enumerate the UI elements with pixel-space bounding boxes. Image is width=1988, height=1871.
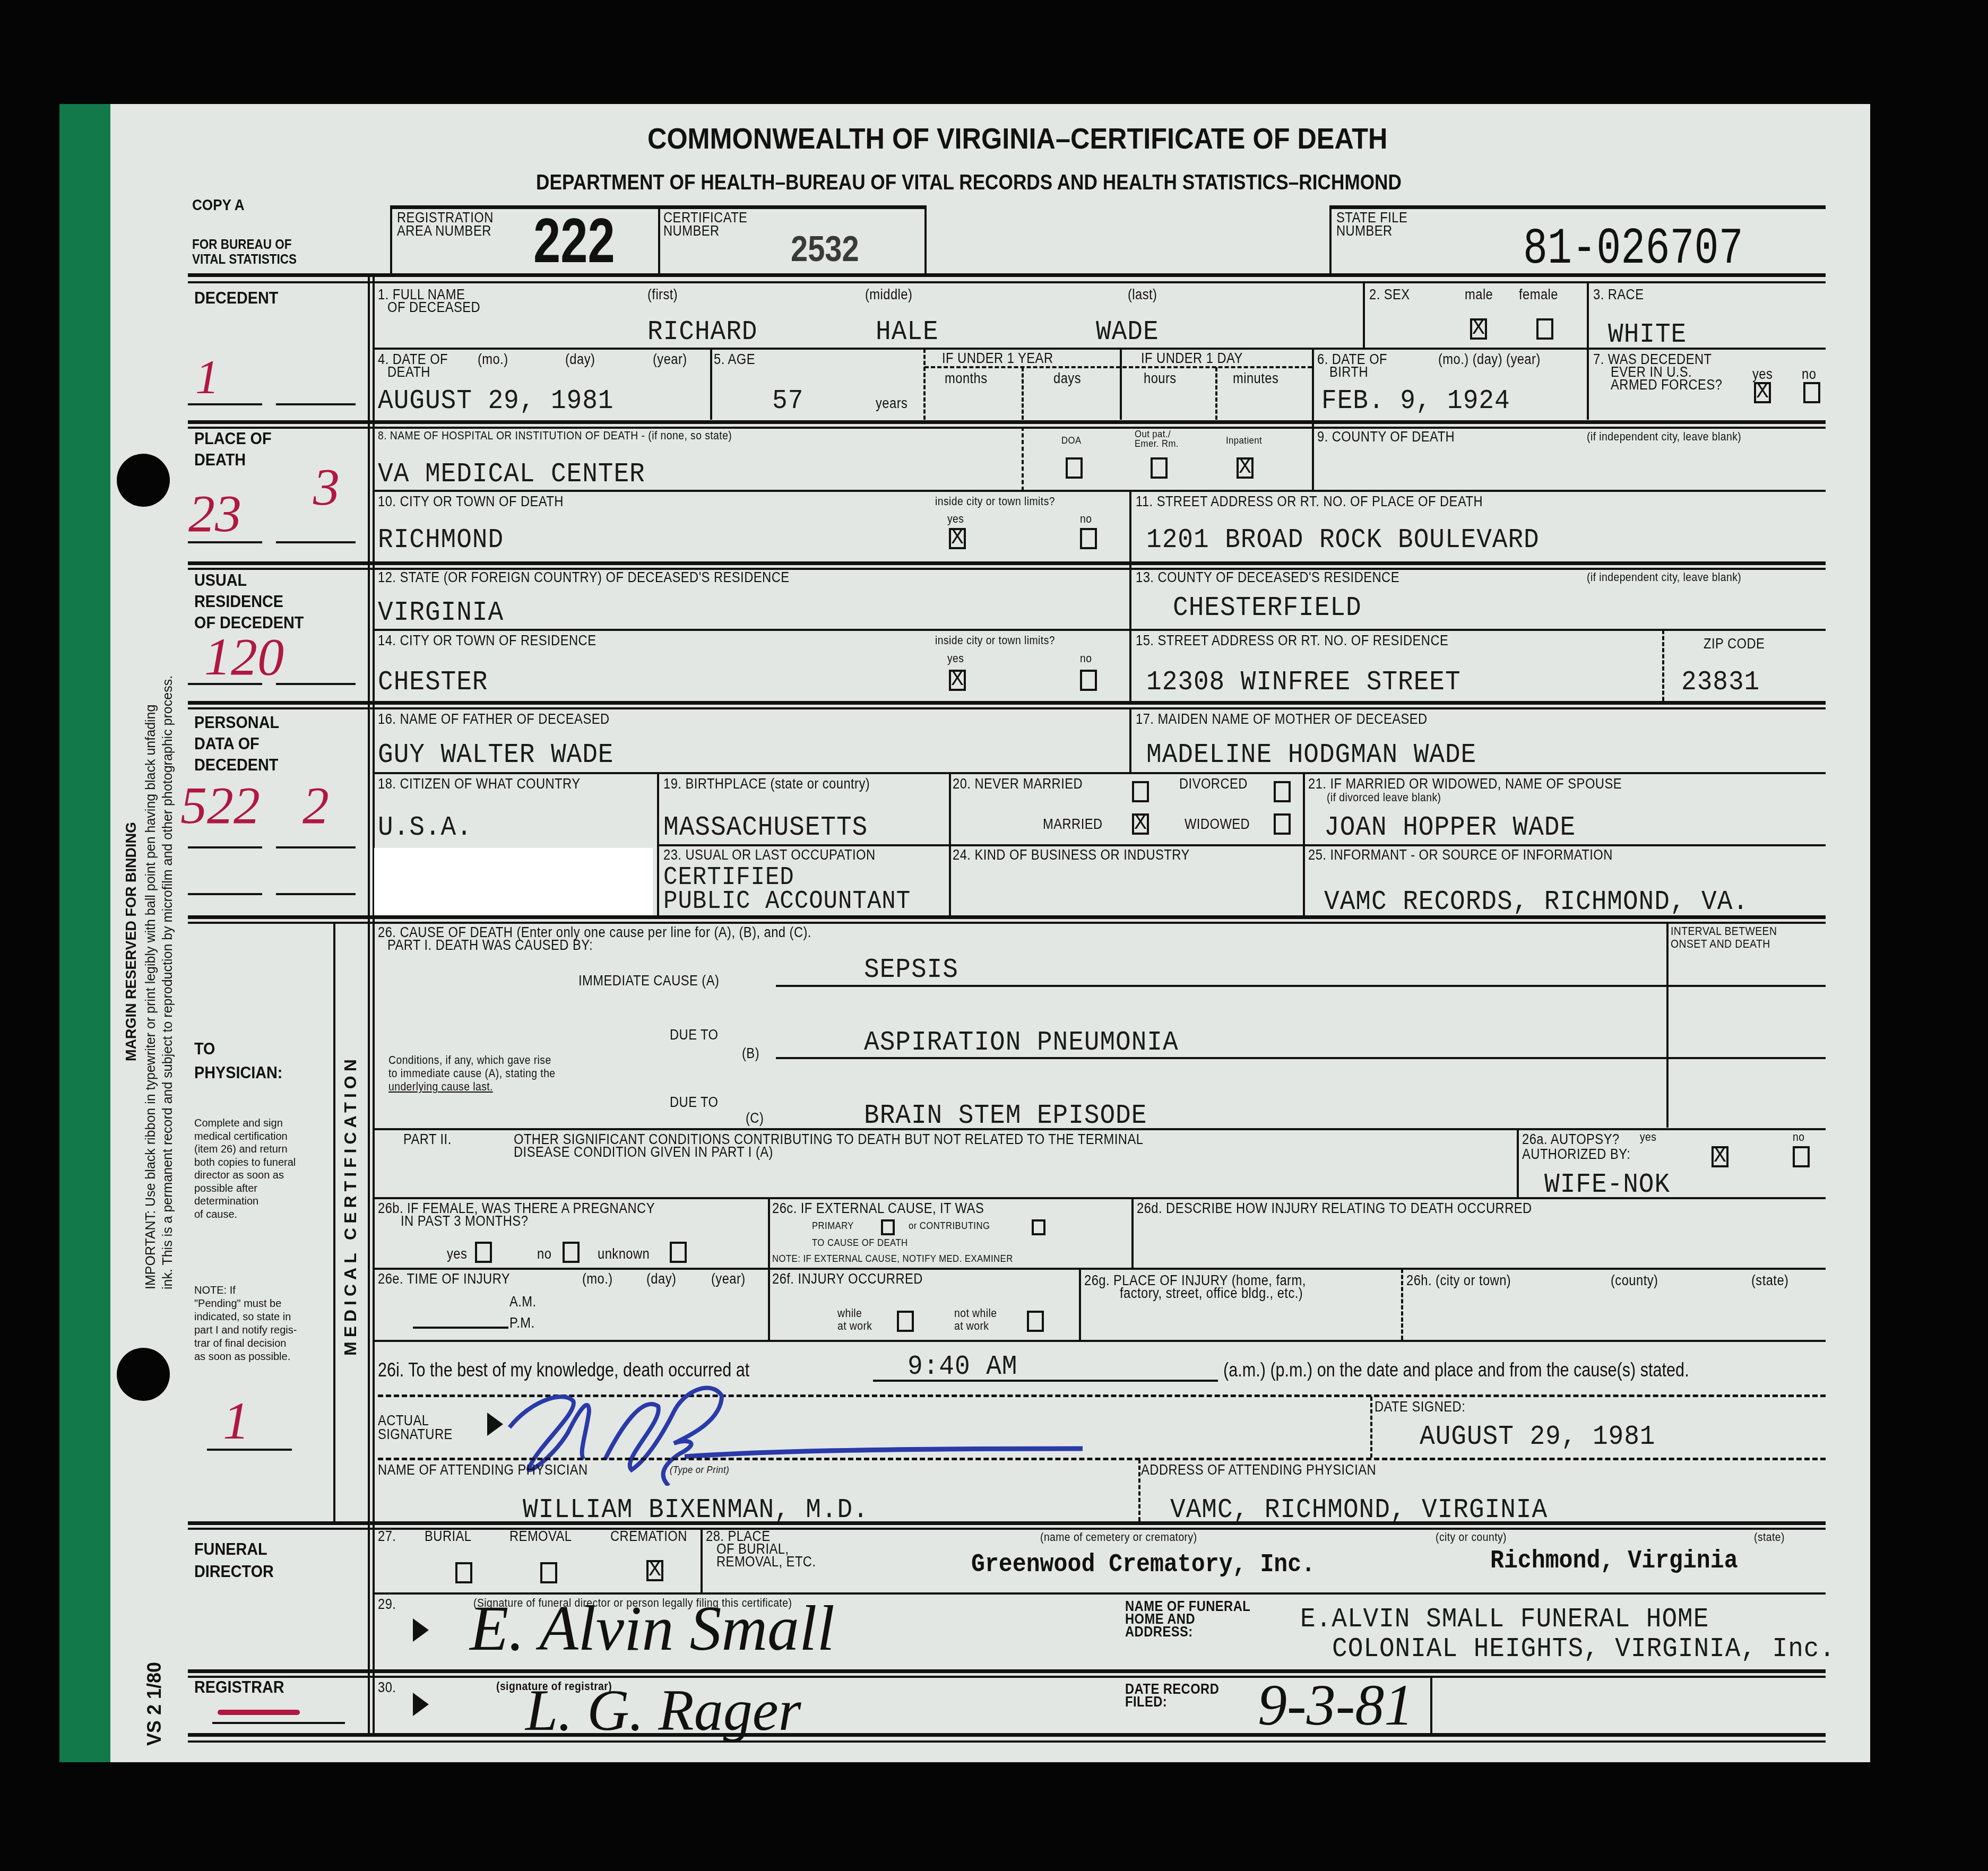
form-number: VS 2 1/80 — [143, 1662, 166, 1746]
first-name[interactable]: RICHARD — [647, 317, 757, 347]
pregnancy-yes-label: yes — [447, 1246, 467, 1262]
section-to-physician-1: TO — [194, 1037, 215, 1060]
f27-label: 27. — [378, 1528, 396, 1544]
coding-physician: 1 — [223, 1390, 249, 1451]
citizenship[interactable]: U.S.A. — [378, 813, 472, 843]
not-while-at-work-checkbox[interactable] — [1027, 1311, 1044, 1332]
place-of-death-address[interactable]: 1201 BROAD ROCK BOULEVARD — [1146, 525, 1540, 555]
armed-forces-yes-checkbox[interactable]: X — [1754, 382, 1771, 403]
zip-label: ZIP CODE — [1704, 636, 1765, 652]
type-or-print-label: (Type or Print) — [670, 1465, 729, 1476]
am-label: A.M. — [509, 1294, 537, 1310]
c-label: (C) — [746, 1110, 764, 1126]
divorced-checkbox[interactable] — [1274, 781, 1291, 802]
funeral-home-address[interactable]: COLONIAL HEIGHTS, VIRGINIA, Inc. — [1332, 1634, 1835, 1664]
middle-name[interactable]: HALE — [876, 317, 939, 347]
death-inside-yes-checkbox[interactable]: X — [949, 528, 966, 549]
f14-label: 14. CITY OR TOWN OF RESIDENCE — [378, 633, 596, 648]
f4-mo-label: (mo.) — [478, 351, 508, 367]
last-name-label: (last) — [1128, 287, 1157, 302]
date-filed-label-2: FILED: — [1125, 1694, 1167, 1710]
pm-label: P.M. — [509, 1315, 535, 1331]
important-note-line-2: ink. This is a permanent record and subj… — [160, 675, 176, 1289]
pregnancy-yes-checkbox[interactable] — [475, 1242, 492, 1263]
f26c-label: 26c. IF EXTERNAL CAUSE, IT WAS — [772, 1200, 984, 1216]
registrar-signature: L. G. Rager — [525, 1677, 801, 1744]
armed-no-label: no — [1802, 366, 1816, 382]
green-binding-strip — [59, 104, 110, 1762]
city-county-label: (city or county) — [1436, 1530, 1507, 1544]
section-personal-2: DATA OF — [194, 732, 260, 755]
death-inside-no-label: no — [1080, 512, 1092, 525]
section-to-physician-2: PHYSICIAN: — [194, 1061, 282, 1084]
section-place-of-death-2: DEATH — [194, 448, 246, 471]
section-residence-2: RESIDENCE — [194, 590, 283, 612]
f18-label: 18. CITIZEN OF WHAT COUNTRY — [378, 776, 581, 792]
physician-instructions: Complete and signmedical certification (… — [194, 1117, 296, 1221]
f9-note: (if independent city, leave blank) — [1587, 430, 1741, 443]
hospital-name[interactable]: VA MEDICAL CENTER — [378, 460, 645, 489]
widowed-label: WIDOWED — [1185, 816, 1250, 832]
age-label: 5. AGE — [714, 351, 755, 367]
section-personal-1: PERSONAL — [194, 711, 279, 733]
contributing-label: or CONTRIBUTING — [909, 1220, 990, 1232]
physician-name-label: NAME OF ATTENDING PHYSICIAN — [378, 1462, 588, 1478]
inpatient-label: Inpatient — [1226, 435, 1262, 447]
years-label: years — [876, 395, 907, 411]
f17-label: 17. MAIDEN NAME OF MOTHER OF DECEASED — [1136, 711, 1428, 727]
autopsy-yes-checkbox[interactable]: X — [1712, 1146, 1728, 1167]
certificate-label-2: NUMBER — [663, 223, 720, 239]
physician-signature — [499, 1380, 1136, 1486]
f26-label-2: PART I. DEATH WAS CAUSED BY: — [387, 937, 593, 953]
under-1-year-label: IF UNDER 1 YEAR — [942, 350, 1053, 366]
outpat-label-2: Emer. Rm. — [1135, 438, 1179, 450]
res-inside-yes-label: yes — [947, 652, 964, 665]
mother-maiden-name[interactable]: MADELINE HODGMAN WADE — [1146, 740, 1476, 770]
months-label: months — [945, 370, 988, 386]
coding-personal-1: 522 — [180, 775, 260, 836]
res-inside-yes-checkbox[interactable]: X — [949, 670, 966, 691]
primary-label: PRIMARY — [812, 1220, 854, 1232]
f4-year-label: (year) — [653, 351, 687, 367]
coding-place-2: 3 — [313, 456, 340, 517]
f24-label: 24. KIND OF BUSINESS OR INDUSTRY — [953, 847, 1190, 863]
autopsy-no-checkbox[interactable] — [1793, 1146, 1810, 1167]
married-checkbox[interactable]: X — [1132, 813, 1149, 835]
immediate-cause-label: IMMEDIATE CAUSE (A) — [578, 973, 719, 989]
burial-label: BURIAL — [425, 1528, 471, 1544]
f29-label: 29. — [378, 1596, 396, 1612]
section-residence-1: USUAL — [194, 569, 247, 591]
date-of-birth[interactable]: FEB. 9, 1924 — [1321, 386, 1510, 416]
removal-label: REMOVAL — [509, 1528, 572, 1544]
interval-label-1: INTERVAL BETWEEN — [1671, 924, 1777, 938]
due-to-b-label: DUE TO — [670, 1027, 719, 1043]
medical-certification-label: MEDICAL CERTIFICATION — [341, 1055, 360, 1356]
spouse-name[interactable]: JOAN HOPPER WADE — [1324, 813, 1576, 843]
f26g-label-2: factory, street, office bldg., etc.) — [1120, 1285, 1303, 1301]
f12-label: 12. STATE (OR FOREIGN COUNTRY) OF DECEAS… — [378, 569, 790, 585]
date-signed[interactable]: AUGUST 29, 1981 — [1420, 1422, 1655, 1452]
last-name[interactable]: WADE — [1096, 317, 1159, 347]
state-file-label-2: NUMBER — [1336, 223, 1393, 239]
f7-label-3: ARMED FORCES? — [1611, 377, 1722, 393]
first-name-label: (first) — [647, 287, 678, 302]
coding-place-1: 23 — [188, 483, 241, 544]
to-cause-label: TO CAUSE OF DEATH — [812, 1237, 908, 1249]
f23-label: 23. USUAL OR LAST OCCUPATION — [663, 847, 876, 863]
residence-address[interactable]: 12308 WINFREE STREET — [1146, 668, 1461, 697]
pregnancy-unknown-label: unknown — [598, 1246, 650, 1262]
external-note: NOTE: IF EXTERNAL CAUSE, NOTIFY MED. EXA… — [772, 1253, 1013, 1265]
coding-decedent: 1 — [195, 350, 219, 405]
cause-c[interactable]: BRAIN STEM EPISODE — [864, 1101, 1147, 1131]
b-label: (B) — [742, 1045, 759, 1061]
primary-checkbox[interactable] — [881, 1219, 895, 1235]
death-inside-limits-label: inside city or town limits? — [935, 495, 1055, 508]
section-place-of-death-1: PLACE OF — [194, 427, 272, 449]
autopsy-label-1: 26a. AUTOPSY? — [1522, 1131, 1620, 1147]
autopsy-authorized-by[interactable]: WIFE-NOK — [1544, 1170, 1670, 1200]
f15-label: 15. STREET ADDRESS OR RT. NO. OF RESIDEN… — [1136, 633, 1448, 648]
zip-code[interactable]: 23831 — [1681, 668, 1760, 697]
crematory-location[interactable]: Richmond, Virginia — [1490, 1547, 1738, 1575]
doa-checkbox[interactable] — [1066, 457, 1083, 479]
home-label-3: ADDRESS: — [1125, 1624, 1193, 1640]
birthplace[interactable]: MASSACHUSETTS — [663, 813, 868, 843]
f6-units-label: (mo.) (day) (year) — [1438, 351, 1541, 367]
bureau-label-1: FOR BUREAU OF — [192, 237, 291, 253]
certificate-title: COMMONWEALTH OF VIRGINIA–CERTIFICATE OF … — [647, 121, 1387, 155]
under-1-day-label: IF UNDER 1 DAY — [1141, 350, 1243, 366]
hours-label: hours — [1144, 370, 1177, 386]
male-label: male — [1465, 287, 1493, 302]
f20-label: 20. NEVER MARRIED — [953, 776, 1083, 792]
age[interactable]: 57 — [772, 386, 803, 416]
margin-reserved-text: MARGIN RESERVED FOR BINDING — [123, 822, 140, 1061]
f16-label: 16. NAME OF FATHER OF DECEASED — [378, 711, 610, 727]
f26e-label: 26e. TIME OF INJURY — [378, 1271, 510, 1287]
f26b-label-2: IN PAST 3 MONTHS? — [401, 1213, 528, 1229]
while-work-label-1: while — [837, 1306, 862, 1320]
certificate-subtitle: DEPARTMENT OF HEALTH–BUREAU OF VITAL REC… — [536, 171, 1402, 195]
f6-label-2: BIRTH — [1329, 364, 1368, 380]
crematory-name[interactable]: Greenwood Crematory, Inc. — [971, 1550, 1315, 1579]
divorced-label: DIVORCED — [1179, 776, 1248, 792]
sex-label: 2. SEX — [1369, 287, 1410, 302]
date-of-death[interactable]: AUGUST 29, 1981 — [378, 386, 613, 416]
doa-label: DOA — [1061, 435, 1082, 447]
punch-hole — [117, 1348, 170, 1401]
res-inside-no-label: no — [1080, 652, 1092, 665]
f25-label: 25. INFORMANT - OR SOURCE OF INFORMATION — [1308, 847, 1613, 863]
registration-number: 222 — [533, 208, 615, 274]
important-note-line-1: IMPORTANT: Use black ribbon in typewrite… — [143, 705, 159, 1289]
residence-city[interactable]: CHESTER — [378, 668, 488, 697]
race-label: 3. RACE — [1593, 287, 1644, 302]
female-label: female — [1519, 287, 1558, 302]
f26i-suffix: (a.m.) (p.m.) on the date and place and … — [1223, 1359, 1689, 1381]
f11-label: 11. STREET ADDRESS OR RT. NO. OF PLACE O… — [1136, 493, 1483, 509]
registration-label-2: AREA NUMBER — [397, 223, 491, 239]
pregnancy-unknown-checkbox[interactable] — [670, 1242, 687, 1263]
section-registrar: REGISTRAR — [194, 1676, 284, 1698]
cremation-checkbox[interactable]: X — [646, 1560, 663, 1581]
residence-county[interactable]: CHESTERFIELD — [1173, 593, 1362, 623]
sex-male-checkbox[interactable]: X — [1470, 318, 1487, 340]
coding-residence: 120 — [204, 626, 284, 687]
registrar-red-mark — [218, 1710, 300, 1715]
armed-yes-label: yes — [1752, 366, 1773, 382]
res-inside-limits-label: inside city or town limits? — [935, 634, 1055, 647]
while-work-label-2: at work — [837, 1319, 872, 1332]
section-personal-3: DECEDENT — [194, 753, 278, 776]
f26i-label: 26i. To the best of my knowledge, death … — [378, 1359, 749, 1381]
coding-personal-2: 2 — [302, 775, 329, 836]
sex-female-checkbox[interactable] — [1536, 318, 1553, 340]
physician-address-label: ADDRESS OF ATTENDING PHYSICIAN — [1141, 1462, 1376, 1478]
informant[interactable]: VAMC RECORDS, RICHMOND, VA. — [1324, 887, 1749, 917]
city-of-death[interactable]: RICHMOND — [378, 525, 504, 555]
part2-text-2: DISEASE CONDITION GIVEN IN PART I (A) — [514, 1144, 773, 1160]
f4-day-label: (day) — [565, 351, 595, 367]
outpatient-checkbox[interactable] — [1151, 457, 1168, 479]
race[interactable]: WHITE — [1608, 320, 1687, 350]
copy-label: COPY A — [192, 194, 245, 216]
death-inside-no-checkbox[interactable] — [1080, 528, 1097, 549]
f28-label-3: REMOVAL, ETC. — [716, 1554, 816, 1570]
days-label: days — [1053, 370, 1081, 386]
removal-checkbox[interactable] — [540, 1562, 557, 1583]
state-file-number: 81-026707 — [1523, 223, 1743, 276]
funeral-director-signature: E. Alvin Small — [470, 1592, 835, 1665]
f21-label-2: (if divorced leave blank) — [1327, 791, 1441, 804]
state-label: (state) — [1754, 1530, 1785, 1544]
occupation-line-1[interactable]: CERTIFIED — [663, 865, 794, 890]
autopsy-label-2: AUTHORIZED BY: — [1522, 1146, 1630, 1162]
section-funeral-1: FUNERAL — [194, 1538, 267, 1560]
pregnancy-no-label: no — [537, 1246, 551, 1262]
f26h-label: 26h. (city or town) — [1406, 1272, 1511, 1288]
inpatient-checkbox[interactable]: X — [1237, 457, 1254, 479]
registrar-arrow-icon — [413, 1693, 429, 1716]
f13-note: (if independent city, leave blank) — [1587, 570, 1741, 584]
f30-label: 30. — [378, 1679, 396, 1695]
time-of-death[interactable]: 9:40 AM — [907, 1352, 1017, 1382]
married-label: MARRIED — [1043, 816, 1103, 832]
f26d-label: 26d. DESCRIBE HOW INJURY RELATING TO DEA… — [1137, 1200, 1532, 1216]
burial-checkbox[interactable] — [455, 1562, 472, 1583]
f26e-year-label: (year) — [711, 1271, 746, 1287]
cemetery-label: (name of cemetery or crematory) — [1040, 1530, 1197, 1544]
conditions-note-3: underlying cause last. — [388, 1080, 493, 1093]
pending-note: NOTE: If"Pending" must be indicated, so … — [194, 1284, 297, 1364]
interval-label-2: ONSET AND DEATH — [1671, 937, 1770, 950]
cause-a[interactable]: SEPSIS — [864, 955, 958, 985]
f26f-label: 26f. INJURY OCCURRED — [772, 1271, 923, 1287]
certificate-number: 2532 — [791, 229, 859, 268]
f13-label: 13. COUNTY OF DECEASED'S RESIDENCE — [1136, 569, 1399, 585]
physician-address[interactable]: VAMC, RICHMOND, VIRGINIA — [1170, 1495, 1548, 1525]
conditions-note-2: to immediate cause (A), stating the — [388, 1067, 556, 1080]
autopsy-yes-label: yes — [1640, 1130, 1656, 1144]
contributing-checkbox[interactable] — [1032, 1219, 1045, 1235]
director-arrow-icon — [413, 1618, 429, 1642]
f26h-state-label: (state) — [1751, 1272, 1788, 1288]
pregnancy-no-checkbox[interactable] — [563, 1242, 580, 1263]
middle-name-label: (middle) — [865, 287, 912, 302]
physician-name[interactable]: WILLIAM BIXENMAN, M.D. — [523, 1495, 869, 1525]
section-decedent: DECEDENT — [194, 287, 278, 309]
funeral-home-name[interactable]: E.ALVIN SMALL FUNERAL HOME — [1300, 1605, 1709, 1634]
not-while-label-1: not while — [954, 1306, 997, 1320]
f1-label-2: OF DECEASED — [387, 299, 480, 315]
f4-label-2: DEATH — [387, 364, 430, 380]
date-filed[interactable]: 9-3-81 — [1258, 1671, 1413, 1739]
f10-label: 10. CITY OR TOWN OF DEATH — [378, 493, 564, 509]
f26h-county-label: (county) — [1611, 1272, 1658, 1288]
f8-label: 8. NAME OF HOSPITAL OR INSTITUTION OF DE… — [378, 429, 732, 442]
armed-forces-no-checkbox[interactable] — [1803, 382, 1820, 403]
widowed-checkbox[interactable] — [1274, 813, 1291, 835]
section-funeral-2: DIRECTOR — [194, 1560, 274, 1582]
death-inside-yes-label: yes — [947, 512, 964, 525]
punch-hole — [117, 454, 170, 507]
actual-signature-label-2: SIGNATURE — [378, 1426, 453, 1442]
minutes-label: minutes — [1233, 370, 1278, 386]
part2-label: PART II. — [403, 1131, 452, 1147]
bureau-label-2: VITAL STATISTICS — [192, 252, 297, 267]
occupation-line-2[interactable]: PUBLIC ACCOUNTANT — [663, 889, 911, 914]
residence-state[interactable]: VIRGINIA — [378, 598, 504, 628]
not-while-label-2: at work — [954, 1319, 989, 1332]
date-signed-label: DATE SIGNED: — [1375, 1399, 1465, 1415]
due-to-c-label: DUE TO — [670, 1094, 719, 1110]
f21-label-1: 21. IF MARRIED OR WIDOWED, NAME OF SPOUS… — [1308, 776, 1622, 792]
autopsy-no-label: no — [1793, 1130, 1804, 1144]
conditions-note-1: Conditions, if any, which gave rise — [388, 1053, 551, 1067]
while-at-work-checkbox[interactable] — [897, 1311, 914, 1332]
res-inside-no-checkbox[interactable] — [1080, 670, 1097, 691]
redacted-field-22 — [374, 848, 653, 915]
never-married-checkbox[interactable] — [1132, 781, 1149, 802]
f26e-day-label: (day) — [646, 1271, 676, 1287]
cause-b[interactable]: ASPIRATION PNEUMONIA — [864, 1028, 1179, 1058]
f26e-mo-label: (mo.) — [582, 1271, 613, 1287]
f19-label: 19. BIRTHPLACE (state or country) — [663, 776, 870, 792]
cremation-label: CREMATION — [610, 1528, 687, 1544]
f9-label: 9. COUNTY OF DEATH — [1317, 429, 1455, 445]
father-name[interactable]: GUY WALTER WADE — [378, 740, 613, 770]
